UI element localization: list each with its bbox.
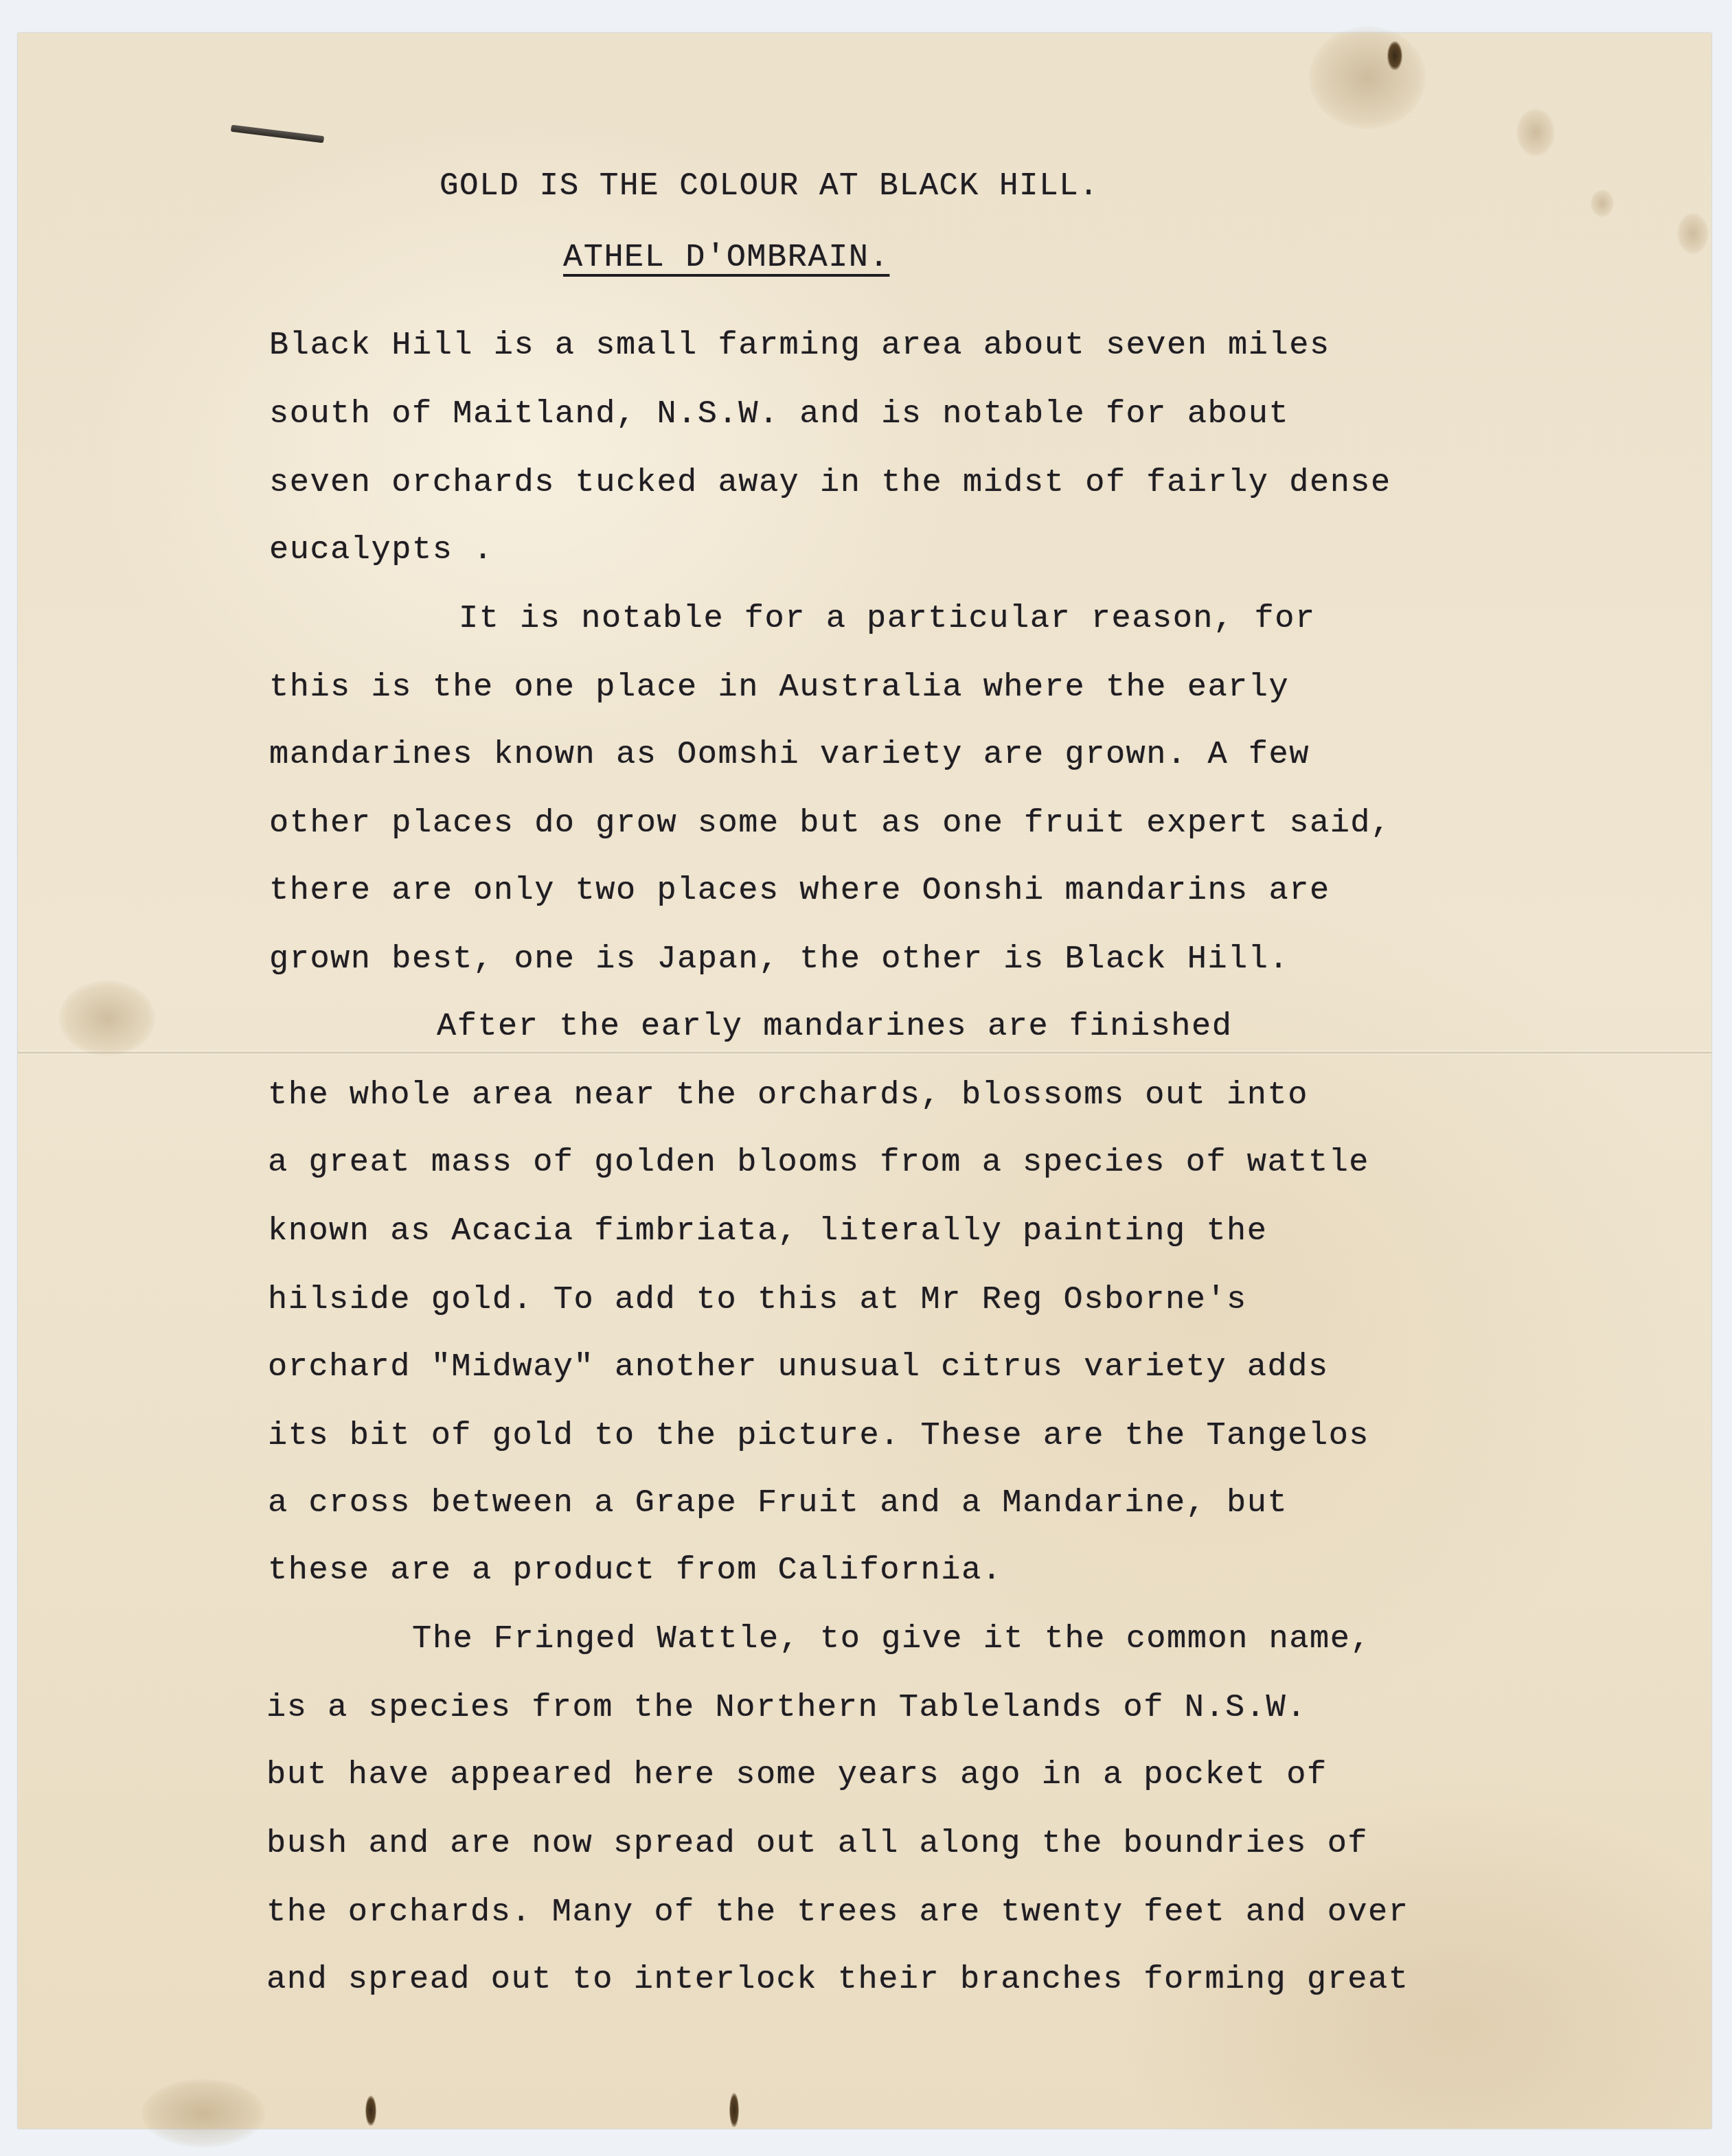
text-line: eucalypts . bbox=[269, 534, 494, 566]
water-stain bbox=[141, 2079, 265, 2148]
text-line: the whole area near the orchards, blosso… bbox=[268, 1079, 1308, 1112]
text-line: these are a product from California. bbox=[268, 1555, 1002, 1587]
text-line: grown best, one is Japan, the other is B… bbox=[269, 943, 1289, 976]
text-line: bush and are now spread out all along th… bbox=[266, 1828, 1368, 1860]
water-stain bbox=[1677, 213, 1709, 254]
text-line: After the early mandarines are finished bbox=[437, 1011, 1232, 1043]
text-line: mandarines known as Oomshi variety are g… bbox=[269, 739, 1310, 771]
water-stain bbox=[1591, 190, 1614, 217]
text-line: this is the one place in Australia where… bbox=[269, 672, 1289, 704]
text-line: is a species from the Northern Tableland… bbox=[266, 1692, 1307, 1724]
text-line: known as Acacia fimbriata, literally pai… bbox=[268, 1215, 1268, 1248]
text-line: seven orchards tucked away in the midst … bbox=[269, 467, 1391, 499]
burn-mark bbox=[365, 2096, 376, 2126]
water-stain bbox=[1516, 108, 1555, 157]
document-author: ATHEL D'OMBRAIN. bbox=[563, 242, 889, 274]
text-line: its bit of gold to the picture. These ar… bbox=[268, 1420, 1369, 1452]
water-stain bbox=[1309, 26, 1426, 129]
paper-fold-crease bbox=[18, 1051, 1711, 1055]
water-stain bbox=[59, 980, 155, 1056]
text-line: Black Hill is a small farming area about… bbox=[269, 330, 1330, 362]
text-line: other places do grow some but as one fru… bbox=[269, 807, 1391, 840]
text-line: a cross between a Grape Fruit and a Mand… bbox=[268, 1487, 1288, 1519]
text-line: The Fringed Wattle, to give it the commo… bbox=[412, 1623, 1371, 1655]
document-title: GOLD IS THE COLOUR AT BLACK HILL. bbox=[440, 170, 1099, 202]
burn-mark bbox=[1387, 41, 1402, 70]
staple-icon bbox=[231, 125, 324, 143]
text-line: the orchards. Many of the trees are twen… bbox=[266, 1896, 1409, 1929]
text-line: a great mass of golden blooms from a spe… bbox=[268, 1147, 1369, 1179]
text-line: south of Maitland, N.S.W. and is notable… bbox=[269, 398, 1289, 431]
text-line: orchard "Midway" another unusual citrus … bbox=[268, 1351, 1329, 1384]
text-line: there are only two places where Oonshi m… bbox=[269, 875, 1330, 907]
text-line: hilside gold. To add to this at Mr Reg O… bbox=[268, 1284, 1247, 1316]
text-line: but have appeared here some years ago in… bbox=[266, 1759, 1328, 1791]
burn-mark bbox=[729, 2093, 739, 2127]
text-line: It is notable for a particular reason, f… bbox=[459, 603, 1316, 635]
text-line: and spread out to interlock their branch… bbox=[266, 1964, 1409, 1996]
